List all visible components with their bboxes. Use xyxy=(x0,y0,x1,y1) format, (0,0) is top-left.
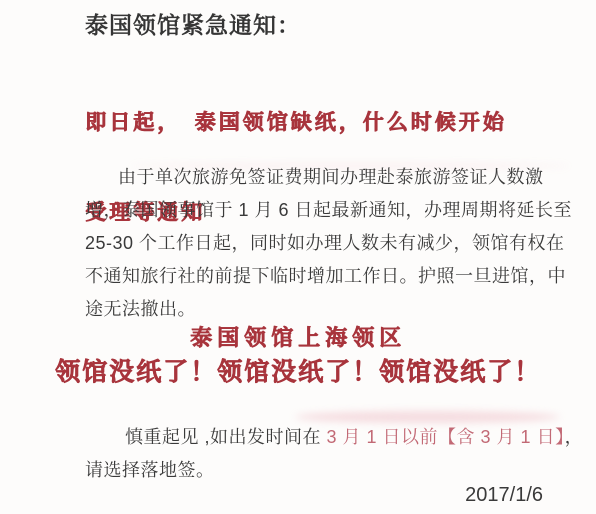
footer-line1: 慎重起见 ,如出发时间在 3 月 1 日以前【含 3 月 1 日】， xyxy=(85,421,583,454)
notice-title: 泰国领馆紧急通知： xyxy=(85,11,301,39)
footer-date-highlight: 3 月 1 日以前【含 3 月 1 日】 xyxy=(327,427,565,447)
footer-lead: 慎重起见 ,如出发时间在 xyxy=(125,427,327,447)
document-date: 2017/1/6 xyxy=(465,482,543,508)
body-line: 25-30 个工作日起，同时如办理人数未有减少，领馆有权在 xyxy=(85,227,572,260)
body-line: 不通知旅行社的前提下临时增加工作日。护照一旦进馆，中 xyxy=(85,260,572,293)
footer-tail: ， xyxy=(565,427,584,447)
body-line: 增，泰国领事馆于 1 月 6 日起最新通知，办理周期将延长至 xyxy=(85,194,572,227)
alert-headline-line1: 即日起， 泰国领馆缺纸，什么时候开始 xyxy=(85,108,507,138)
notice-body: 由于单次旅游免签证费期间办理赴泰旅游签证人数激 增，泰国领事馆于 1 月 6 日… xyxy=(85,161,572,326)
banner-region-line: 泰国领馆上海领区 xyxy=(0,322,596,354)
notice-document: 泰国领馆紧急通知： 即日起， 泰国领馆缺纸，什么时候开始 受理等通知 由于单次旅… xyxy=(0,0,596,514)
red-banner: 泰国领馆上海领区 领馆没纸了！领馆没纸了！领馆没纸了！ xyxy=(0,322,596,390)
banner-no-paper-line: 领馆没纸了！领馆没纸了！领馆没纸了！ xyxy=(0,354,596,390)
body-line: 由于单次旅游免签证费期间办理赴泰旅游签证人数激 xyxy=(85,161,572,194)
notice-footer: 慎重起见 ,如出发时间在 3 月 1 日以前【含 3 月 1 日】， 请选择落地… xyxy=(85,421,583,487)
